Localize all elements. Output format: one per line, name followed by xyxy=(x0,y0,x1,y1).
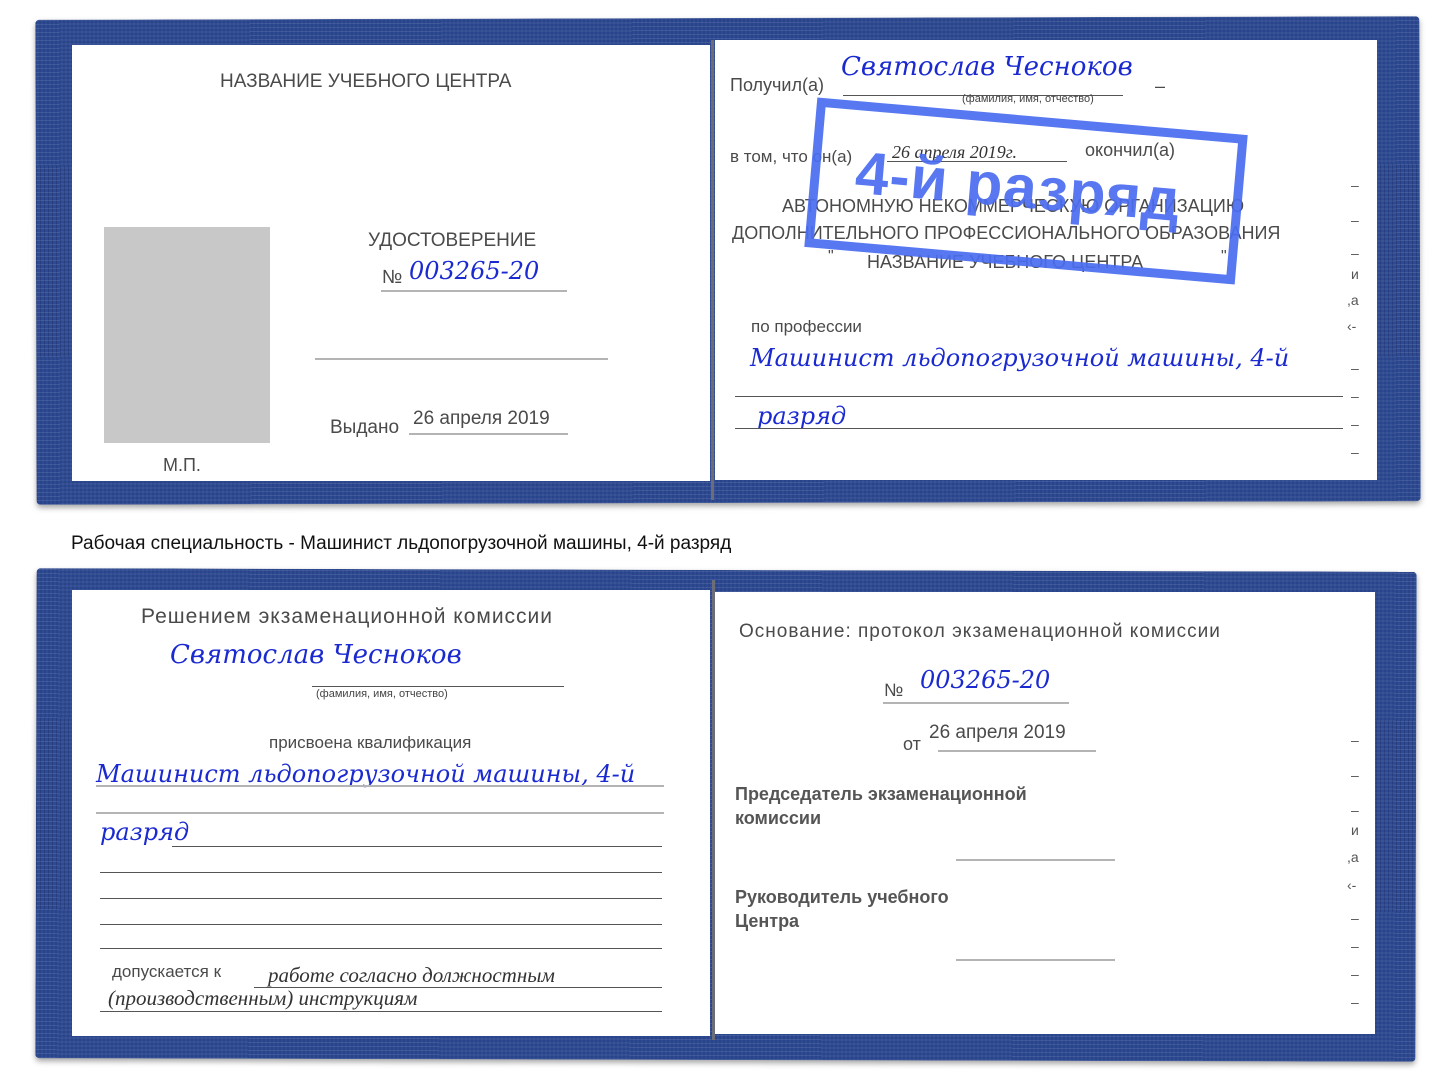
qualification-underline-1 xyxy=(96,785,664,787)
qualification-page: Решением экзаменационной комиссии Святос… xyxy=(72,590,710,1036)
qualification-label: присвоена квалификация xyxy=(269,733,471,753)
chairman-signature-line xyxy=(956,859,1115,861)
blank-line xyxy=(100,898,662,899)
protocol-date-label: от xyxy=(903,734,921,755)
org-name: НАЗВАНИЕ УЧЕБНОГО ЦЕНТРА xyxy=(220,71,512,93)
edge-mark: ,а xyxy=(1347,292,1359,308)
qualification-underline-2 xyxy=(96,812,664,814)
head-label-2: Центра xyxy=(735,911,799,932)
name-underline xyxy=(312,686,564,687)
profession-underline-2 xyxy=(735,428,1343,429)
edge-mark: – xyxy=(1351,388,1359,404)
dash: – xyxy=(1155,76,1165,97)
photo-placeholder xyxy=(104,227,270,443)
blank-line xyxy=(100,872,662,873)
issued-label: Выдано xyxy=(330,417,399,439)
head-label-1: Руководитель учебного xyxy=(735,887,949,908)
number-underline xyxy=(381,290,567,292)
protocol-date: 26 апреля 2019 xyxy=(929,722,1066,744)
name-hint: (фамилия, имя, отчество) xyxy=(962,93,1094,105)
protocol-date-underline xyxy=(938,750,1096,752)
certificate-front-page: НАЗВАНИЕ УЧЕБНОГО ЦЕНТРА УДОСТОВЕРЕНИЕ №… xyxy=(72,45,710,481)
edge-mark: ‹- xyxy=(1347,877,1356,893)
admitted-underline-2 xyxy=(100,1011,662,1012)
document-title: УДОСТОВЕРЕНИЕ xyxy=(368,230,536,252)
blank-line xyxy=(172,846,662,847)
edge-mark: – xyxy=(1351,732,1359,748)
edge-mark: ‹- xyxy=(1347,318,1356,334)
edge-mark: – xyxy=(1351,177,1359,193)
chairman-label-1: Председатель экзаменационной xyxy=(735,784,1027,805)
admitted-line-1: работе согласно должностным xyxy=(268,963,555,988)
issued-date: 26 апреля 2019 xyxy=(413,408,550,430)
person-name: Святослав Чесноков xyxy=(170,640,462,670)
received-label: Получил(а) xyxy=(730,75,824,96)
admitted-line-2: (производственным) инструкциям xyxy=(108,986,417,1011)
seal-label: М.П. xyxy=(163,455,201,476)
edge-mark: – xyxy=(1351,245,1359,261)
protocol-number-label: № xyxy=(884,680,903,701)
edge-mark: ,а xyxy=(1347,849,1359,865)
decision-title: Решением экзаменационной комиссии xyxy=(141,605,553,629)
qualification-line-1: Машинист льдопогрузочной машины, 4-й xyxy=(96,760,635,788)
org-quote-open: " xyxy=(828,248,834,266)
protocol-number-underline xyxy=(883,702,1069,704)
chairman-label-2: комиссии xyxy=(735,808,821,829)
specialty-caption: Рабочая специальность - Машинист льдопог… xyxy=(71,533,731,555)
protocol-page: Основание: протокол экзаменационной коми… xyxy=(715,592,1375,1034)
edge-mark: – xyxy=(1351,360,1359,376)
issued-underline xyxy=(409,433,568,435)
qualification-line-2: разряд xyxy=(100,818,189,846)
protocol-number: 003265-20 xyxy=(920,666,1050,694)
profession-line-1: Машинист льдопогрузочной машины, 4-й xyxy=(750,344,1289,372)
admitted-label: допускается к xyxy=(112,962,221,982)
edge-mark: – xyxy=(1351,994,1359,1010)
edge-mark: и xyxy=(1351,822,1359,838)
edge-mark: – xyxy=(1351,938,1359,954)
profession-label: по профессии xyxy=(751,317,862,337)
edge-mark: – xyxy=(1351,802,1359,818)
edge-mark: – xyxy=(1351,966,1359,982)
profession-line-2: разряд xyxy=(757,402,846,430)
edge-mark: – xyxy=(1351,212,1359,228)
edge-mark: – xyxy=(1351,416,1359,432)
number-label: № xyxy=(382,267,402,289)
edge-mark: – xyxy=(1351,444,1359,460)
certificate-number: 003265-20 xyxy=(409,257,539,285)
blank-line xyxy=(315,358,608,360)
basis-title: Основание: протокол экзаменационной коми… xyxy=(739,621,1221,643)
spine-fold xyxy=(711,40,714,500)
edge-mark: – xyxy=(1351,767,1359,783)
recipient-name: Святослав Чесноков xyxy=(841,52,1133,82)
name-hint: (фамилия, имя, отчество) xyxy=(316,688,448,700)
edge-mark: – xyxy=(1351,910,1359,926)
profession-underline-1 xyxy=(735,396,1343,397)
blank-line xyxy=(100,924,662,925)
blank-line xyxy=(100,948,662,949)
head-signature-line xyxy=(956,959,1115,961)
edge-mark: и xyxy=(1351,266,1359,282)
